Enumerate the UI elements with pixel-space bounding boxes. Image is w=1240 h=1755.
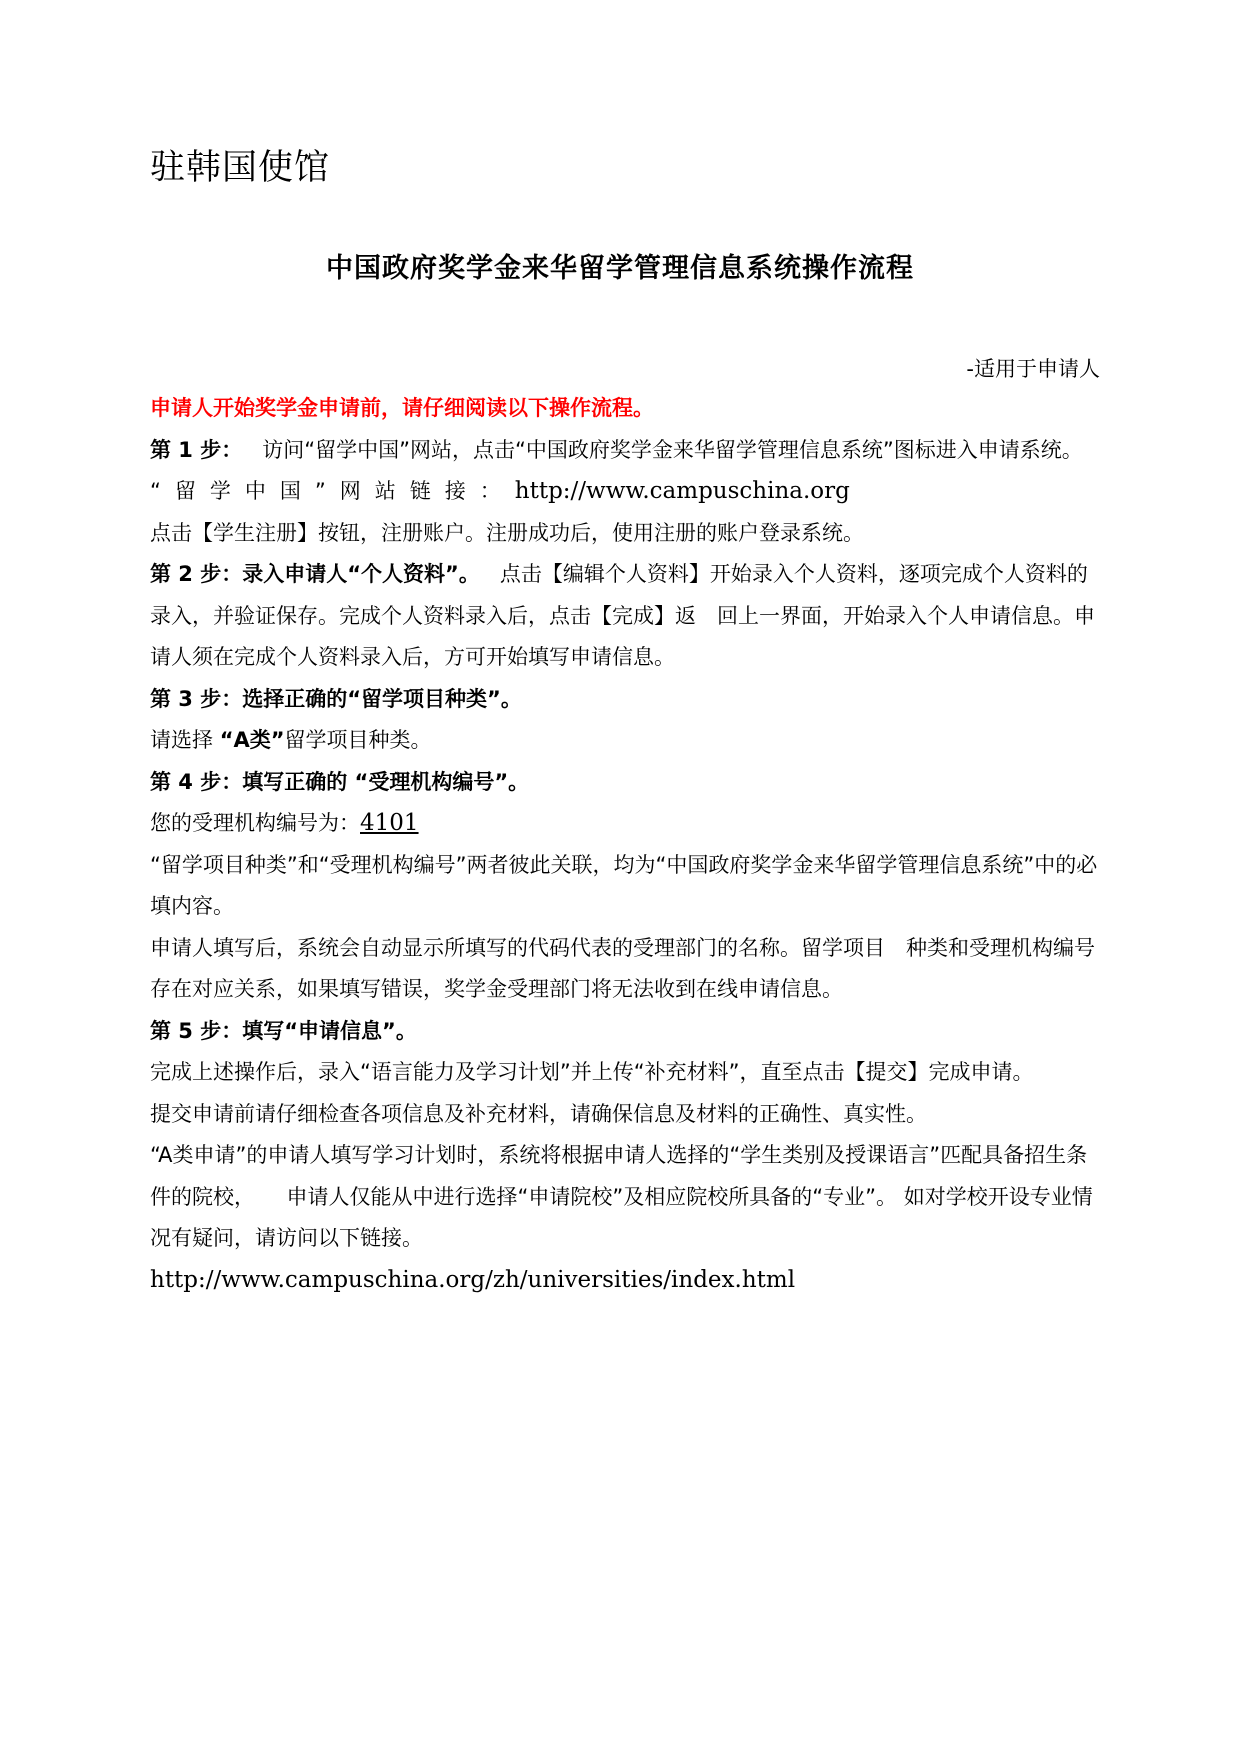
step-5-heading: 第 5 步：填写“申请信息”。 — [150, 1011, 1100, 1053]
applies-to: -适用于申请人 — [966, 353, 1100, 383]
campuschina-link[interactable]: http://www.campuschina.org — [515, 478, 850, 504]
step-4-para-2: 申请人填写后，系统会自动显示所填写的代码代表的受理部门的名称。留学项目 种类和受… — [150, 928, 1100, 1011]
agency-code-line: 您的受理机构编号为：4101 — [150, 803, 1100, 845]
step-1-register: 点击【学生注册】按钮，注册账户。注册成功后，使用注册的账户登录系统。 — [150, 513, 1100, 555]
step-5-para-1: 完成上述操作后，录入“语言能力及学习计划”并上传“补充材料”，直至点击【提交】完… — [150, 1052, 1100, 1094]
step-1-heading: 第 1 步： — [150, 438, 242, 462]
step-3-heading: 第 3 步：选择正确的“留学项目种类”。 — [150, 679, 1100, 721]
step-2-heading: 第 2 步：录入申请人“个人资料”。 — [150, 562, 480, 586]
step-3-post: 留学项目种类。 — [285, 728, 432, 752]
document-title: 中国政府奖学金来华留学管理信息系统操作流程 — [0, 246, 1240, 285]
category-a: “A类” — [220, 728, 285, 752]
organization-name: 驻韩国使馆 — [150, 140, 330, 190]
agency-code-label: 您的受理机构编号为： — [150, 811, 360, 835]
universities-link[interactable]: http://www.campuschina.org/zh/universiti… — [150, 1260, 1100, 1302]
link-label: “留学中国”网站链接： — [150, 479, 515, 503]
step-5-para-3: “A类申请”的申请人填写学习计划时，系统将根据申请人选择的“学生类别及授课语言”… — [150, 1135, 1100, 1260]
step-5-para-2: 提交申请前请仔细检查各项信息及补充材料，请确保信息及材料的正确性、真实性。 — [150, 1094, 1100, 1136]
step-3-text: 请选择 “A类”留学项目种类。 — [150, 720, 1100, 762]
campuschina-link-line: “留学中国”网站链接：http://www.campuschina.org — [150, 471, 1100, 513]
step-1: 第 1 步： 访问“留学中国”网站，点击“中国政府奖学金来华留学管理信息系统”图… — [150, 430, 1100, 472]
step-1-text: 访问“留学中国”网站，点击“中国政府奖学金来华留学管理信息系统”图标进入申请系统… — [262, 438, 1083, 462]
step-2: 第 2 步：录入申请人“个人资料”。 点击【编辑个人资料】开始录入个人资料，逐项… — [150, 554, 1100, 679]
step-3-pre: 请选择 — [150, 728, 220, 752]
step-4-heading: 第 4 步：填写正确的 “受理机构编号”。 — [150, 762, 1100, 804]
agency-code-value: 4101 — [360, 810, 419, 836]
document-body: 申请人开始奖学金申请前，请仔细阅读以下操作流程。 第 1 步： 访问“留学中国”… — [150, 388, 1100, 1301]
notice: 申请人开始奖学金申请前，请仔细阅读以下操作流程。 — [150, 388, 1100, 430]
step-4-para-1: “留学项目种类”和“受理机构编号”两者彼此关联，均为“中国政府奖学金来华留学管理… — [150, 845, 1100, 928]
